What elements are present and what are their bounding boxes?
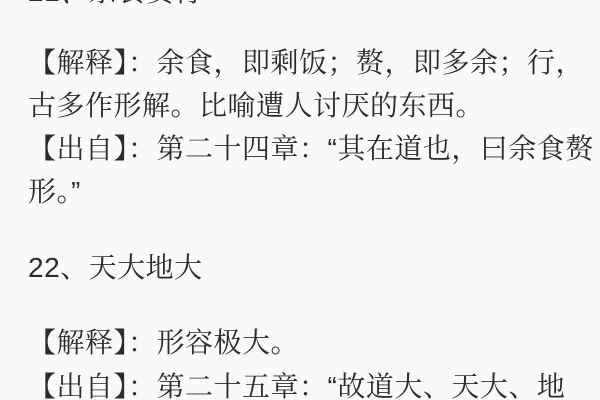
entry22-source-line1: 【出自】：第二十五章：“故道大、天大、地 [28, 371, 594, 400]
entry22-heading: 22、天大地大 [28, 252, 594, 284]
entry21-source-line2: 形。” [28, 176, 594, 208]
entry22-explanation-line1: 【解释】：形容极大。 [28, 327, 594, 359]
document-page: 21、余食赘行 【解释】：余食，即剩饭；赘，即多余；行， 古多作形解。比喻遭人讨… [0, 0, 600, 400]
entry21-explanation-line2: 古多作形解。比喻遭人讨厌的东西。 [28, 90, 594, 122]
entry21-explanation-line1: 【解释】：余食，即剩饭；赘，即多余；行， [28, 47, 594, 79]
entry21-source-line1: 【出自】：第二十四章：“其在道也，曰余食赘 [28, 133, 594, 165]
clipped-heading-fragment: 21、余食赘行 [28, 0, 594, 8]
